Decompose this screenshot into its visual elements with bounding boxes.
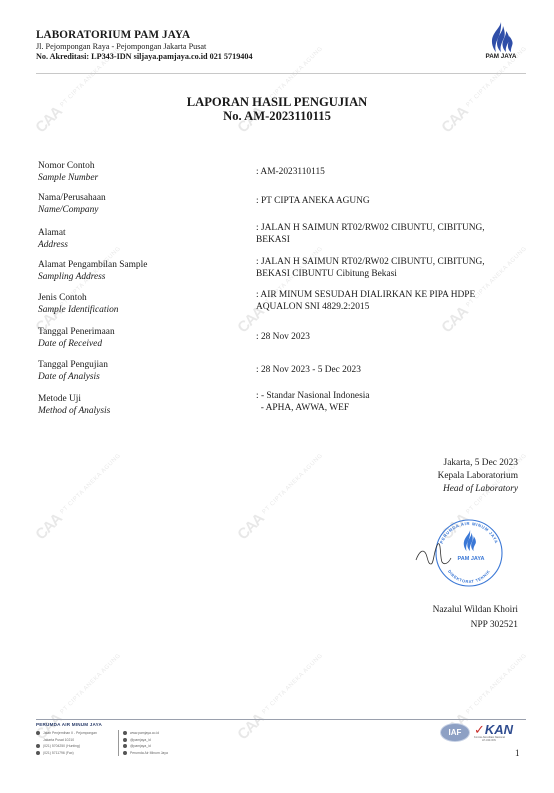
lab-header: LABORATORIUM PAM JAYA Jl. Pejompongan Ra… xyxy=(36,29,253,61)
watermark-text: PT CIPTA ANEKA AGUNG xyxy=(466,653,529,716)
kan-logo: ✓KAN Komite Akreditasi Nasional LP-343-I… xyxy=(474,723,513,743)
footer-twitter[interactable]: @pamjaya_id xyxy=(123,737,188,744)
lab-accreditation: No. Akreditasi: LP343-IDN siljaya.pamjay… xyxy=(36,52,253,61)
watermark-logo-icon: CAA xyxy=(32,510,65,543)
field-label: Alamat xyxy=(38,228,68,240)
sign-position: Kepala Laboratorium xyxy=(438,470,518,483)
field-label: Alamat Pengambilan Sample xyxy=(38,260,147,272)
field-label-en: Name/Company xyxy=(38,205,106,217)
iaf-logo: IAF xyxy=(440,723,470,742)
field-value: : PT CIPTA ANEKA AGUNG xyxy=(256,196,518,208)
field-label: Tanggal Pengujian xyxy=(38,360,108,372)
watermark: CAAPT CIPTA ANEKA AGUNG xyxy=(232,622,355,745)
footer-org: PERUMDA AIR MINUM JAYA xyxy=(36,722,102,727)
lab-name: LABORATORIUM PAM JAYA xyxy=(36,29,253,41)
footer-divider xyxy=(36,719,526,720)
report-title-block: LAPORAN HASIL PENGUJIAN No. AM-202311011… xyxy=(0,95,554,123)
field-label: Metode Uji xyxy=(38,394,110,406)
field-label-en: Method of Analysis xyxy=(38,406,110,418)
field-label-en: Sample Number xyxy=(38,173,98,185)
field-value: : AIR MINUM SESUDAH DIALIRKAN KE PIPA HD… xyxy=(256,290,518,302)
footer-phone: (021) 5704250 (Hunting) xyxy=(36,743,108,750)
field-label-en: Address xyxy=(38,240,68,252)
location-icon xyxy=(36,731,40,735)
watermark-text: PT CIPTA ANEKA AGUNG xyxy=(60,453,123,516)
field-label: Tanggal Penerimaan xyxy=(38,327,115,339)
page-number: 1 xyxy=(515,748,520,758)
field-label: Nama/Perusahaan xyxy=(38,193,106,205)
lab-address: Jl. Pejompongan Raya - Pejompongan Jakar… xyxy=(36,42,253,51)
signature-scribble xyxy=(416,544,451,564)
sign-position-en: Head of Laboratory xyxy=(438,483,518,496)
field-value: : - Standar Nasional Indonesia xyxy=(256,391,518,403)
field-value-cont: BEKASI CIBUNTU Cibitung Bekasi xyxy=(256,269,518,281)
sign-place-date: Jakarta, 5 Dec 2023 xyxy=(438,457,518,470)
water-drop-icon xyxy=(488,22,514,52)
footer-social-col: www.pamjaya.co.id @pamjaya_id @pamjaya_i… xyxy=(118,730,188,756)
field-label-en: Date of Received xyxy=(38,339,115,351)
signee-block: Nazalul Wildan Khoiri NPP 302521 xyxy=(433,603,518,633)
report-number: No. AM-2023110115 xyxy=(0,109,554,123)
footer-instagram[interactable]: @pamjaya_id xyxy=(123,743,188,750)
field-value-cont: AQUALON SNI 4829.2:2015 xyxy=(256,302,518,314)
field-label-en: Sampling Address xyxy=(38,272,147,284)
accreditation-badges: IAF ✓KAN Komite Akreditasi Nasional LP-3… xyxy=(440,723,513,743)
field-value: : 28 Nov 2023 - 5 Dec 2023 xyxy=(256,365,518,377)
watermark-logo-icon: CAA xyxy=(234,510,267,543)
stamp-drop-icon xyxy=(464,530,476,551)
phone-icon xyxy=(36,744,40,748)
watermark-text: PT CIPTA ANEKA AGUNG xyxy=(262,453,325,516)
watermark: CAAPT CIPTA ANEKA AGUNG xyxy=(30,422,153,545)
twitter-icon xyxy=(123,738,127,742)
instagram-icon xyxy=(123,744,127,748)
signee-npp: NPP 302521 xyxy=(433,618,518,633)
field-value: : JALAN H SAIMUN RT02/RW02 CIBUNTU, CIBI… xyxy=(256,223,518,235)
field-value: : 28 Nov 2023 xyxy=(256,332,518,344)
footer-fax: (021) 5711796 (Fax) xyxy=(36,750,108,757)
header-divider xyxy=(36,73,526,74)
facebook-icon xyxy=(123,751,127,755)
signee-name: Nazalul Wildan Khoiri xyxy=(433,603,518,618)
field-value: : JALAN H SAIMUN RT02/RW02 CIBUNTU, CIBI… xyxy=(256,257,518,269)
web-icon xyxy=(123,731,127,735)
signature-block: Jakarta, 5 Dec 2023 Kepala Laboratorium … xyxy=(438,457,518,496)
field-value: : AM-2023110115 xyxy=(256,167,518,179)
field-label: Jenis Contoh xyxy=(38,293,118,305)
report-title: LAPORAN HASIL PENGUJIAN xyxy=(0,95,554,109)
field-value-cont: - APHA, AWWA, WEF xyxy=(256,403,518,415)
field-value-cont: BEKASI xyxy=(256,235,518,247)
watermark: CAAPT CIPTA ANEKA AGUNG xyxy=(232,422,355,545)
footer-website[interactable]: www.pamjaya.co.id xyxy=(123,730,188,737)
watermark-logo-icon: CAA xyxy=(234,710,267,743)
footer-contact-col: Jalan Penjernihan II - Pejompongan Jakar… xyxy=(36,730,108,756)
pam-jaya-logo: PAM JAYA xyxy=(481,22,521,70)
footer-facebook[interactable]: Perumda Air Minum Jaya xyxy=(123,750,188,757)
official-stamp: PERUMDA AIR MINUM JAYA DIREKTORAT TEKNIK… xyxy=(414,518,524,588)
watermark: CAAPT CIPTA ANEKA AGUNG xyxy=(30,622,153,745)
watermark-text: PT CIPTA ANEKA AGUNG xyxy=(60,653,123,716)
field-label-en: Sample Identification xyxy=(38,305,118,317)
fax-icon xyxy=(36,751,40,755)
footer-address: Jalan Penjernihan II - Pejompongan Jakar… xyxy=(36,730,108,743)
stamp-center-text: PAM JAYA xyxy=(457,556,484,562)
kan-check-icon: ✓ xyxy=(474,722,485,737)
field-label-en: Date of Analysis xyxy=(38,372,108,384)
logo-text: PAM JAYA xyxy=(481,53,521,60)
field-label: Nomor Contoh xyxy=(38,161,98,173)
watermark-text: PT CIPTA ANEKA AGUNG xyxy=(262,653,325,716)
